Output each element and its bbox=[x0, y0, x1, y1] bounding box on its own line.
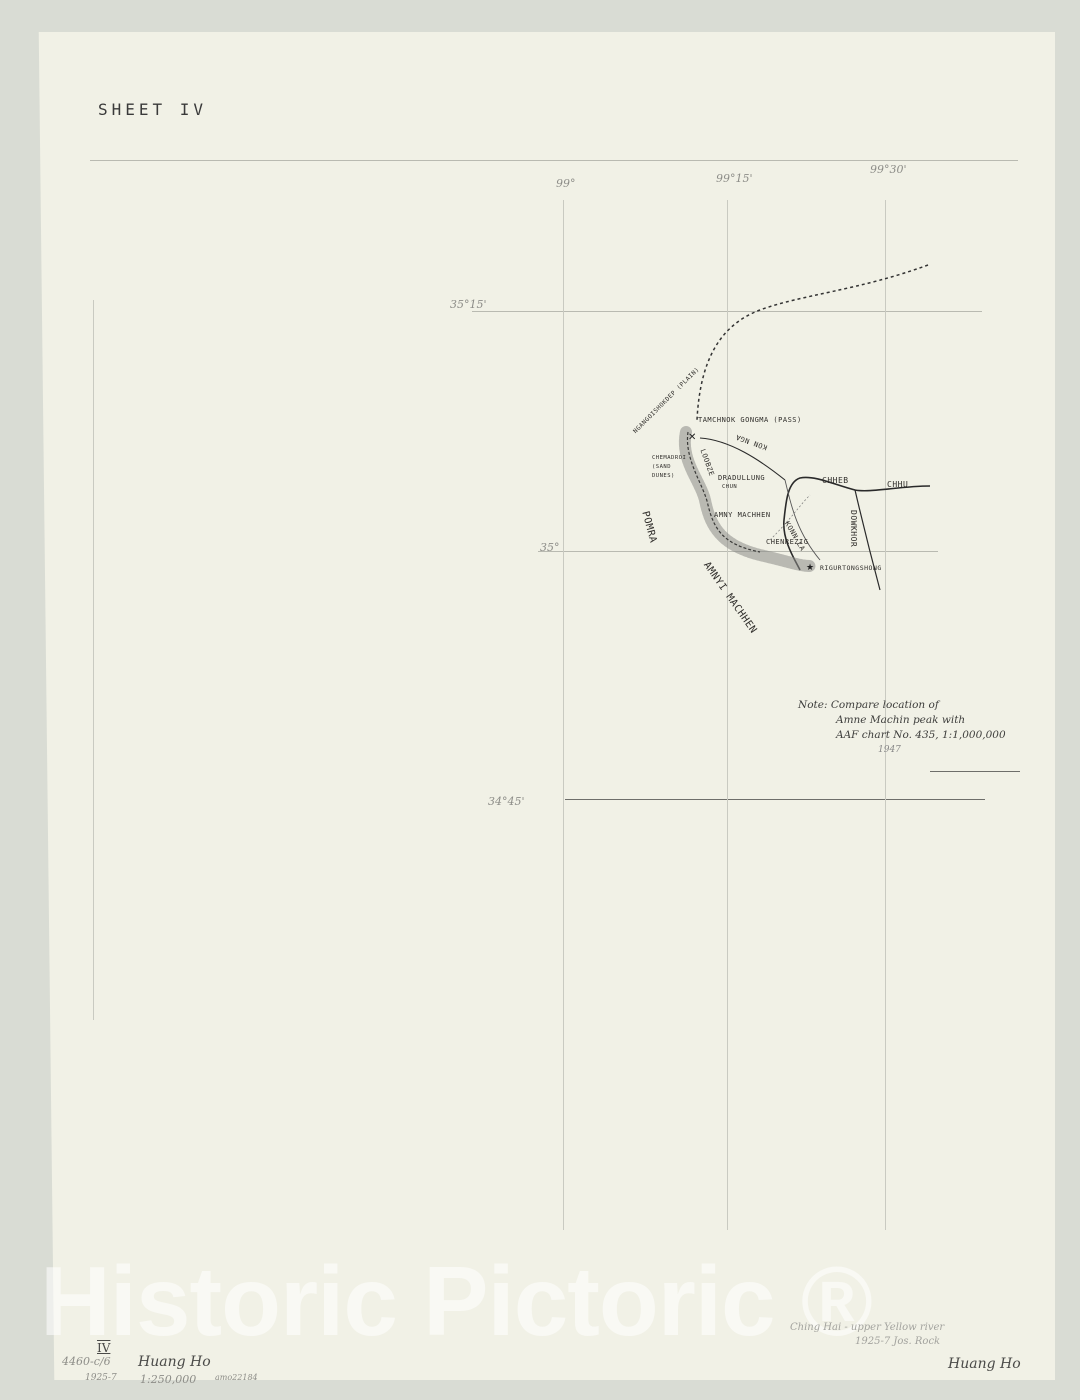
route-dotted-line bbox=[697, 265, 928, 420]
label-rigurtongshong: RIGURTONGSHONG bbox=[820, 564, 882, 572]
label-dradullung: DRADULLUNG bbox=[718, 474, 765, 482]
note-line-2: Amne Machin peak with bbox=[798, 713, 1006, 728]
note-line-1: Note: Compare location of bbox=[798, 698, 1006, 713]
annotation-note: Note: Compare location of Amne Machin pe… bbox=[798, 698, 1006, 758]
pencil-note-line-1: Ching Hai - upper Yellow river bbox=[790, 1322, 944, 1333]
label-chheb: CHHEB bbox=[822, 476, 849, 485]
title-left: Huang Ho bbox=[138, 1354, 211, 1370]
camp-marker-icon: ★ bbox=[806, 562, 814, 572]
watermark: Historic Pictoric ® bbox=[40, 1245, 872, 1358]
catalog-id: amo22184 bbox=[215, 1373, 258, 1382]
note-line-3: AAF chart No. 435, 1:1,000,000 bbox=[798, 728, 1006, 743]
label-amny-machhen: AMNY MACHHEN bbox=[714, 511, 771, 519]
label-tamchnok-gongma: TAMCHNOK GONGMA (PASS) bbox=[698, 416, 802, 424]
label-dradullung-sub: CHUN bbox=[722, 484, 737, 490]
date-left: 1925-7 bbox=[85, 1373, 117, 1383]
title-right: Huang Ho bbox=[948, 1356, 1021, 1372]
label-dowkhor: DOWKHOR bbox=[849, 510, 858, 547]
label-chemadroi: CHEMADROI (SAND DUNES) bbox=[652, 454, 692, 481]
corner-numeral: IV bbox=[97, 1341, 110, 1355]
peak-marker-icon: ✕ bbox=[688, 432, 696, 443]
scale-label: 1:250,000 bbox=[140, 1373, 196, 1386]
label-chhu: CHHU bbox=[887, 480, 908, 489]
note-line-4: 1947 bbox=[798, 743, 1006, 758]
catalog-number: 4460-c/6 bbox=[62, 1355, 111, 1368]
pencil-note-line-2: 1925-7 Jos. Rock bbox=[855, 1336, 940, 1347]
river-dowkhor bbox=[855, 490, 880, 590]
